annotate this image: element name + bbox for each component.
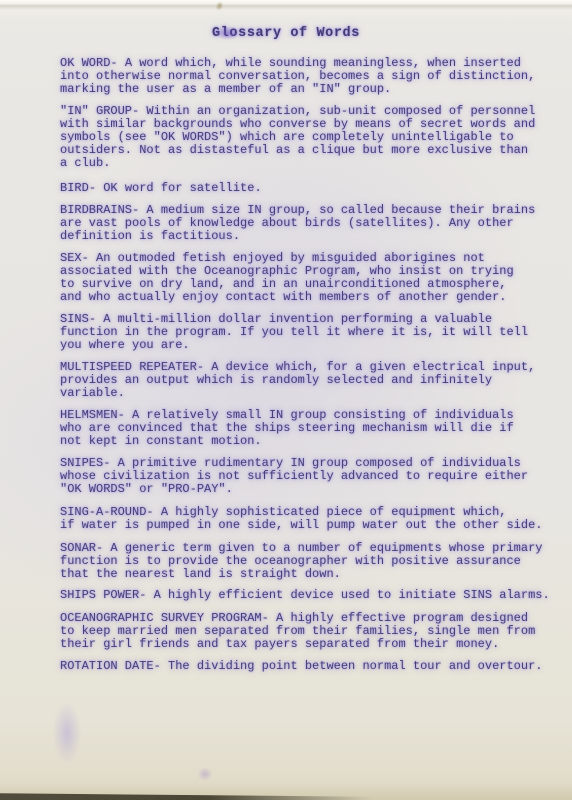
entry-definition: - An outmoded fetish enjoyed by misguide… [60,251,514,304]
glossary-entry-sing-a-round: SING-A-ROUND- A highly sophisticated pie… [60,506,542,532]
ink-smudge-dot [196,766,214,782]
entry-term: BIRDBRAINS [60,203,132,217]
ink-smudge-left [50,696,84,770]
entry-definition: - A highly efficient device used to init… [139,588,549,602]
entry-term: ROTATION DATE [60,659,154,673]
entry-term: SINS [60,312,89,326]
glossary-entry-multispeed-repeater: MULTISPEED REPEATER- A device which, for… [60,361,535,400]
glossary-entry-oceanographic-survey-program: OCEANOGRAPHIC SURVEY PROGRAM- A highly e… [60,612,535,651]
entry-term: OCEANOGRAPHIC SURVEY PROGRAM [60,611,262,625]
entry-definition: - A primitive rudimentary IN group compo… [60,456,528,496]
entry-definition: - A medium size IN group, so called beca… [60,203,535,243]
glossary-entry-rotation-date: ROTATION DATE- The dividing point betwee… [60,660,543,673]
glossary-entry-sex: SEX- An outmoded fetish enjoyed by misgu… [60,252,514,304]
glossary-entry-helmsmen: HELMSMEN- A relatively small IN group co… [60,409,514,448]
title-ink-smudge [211,24,243,42]
entry-definition: - OK word for satellite. [89,181,262,195]
entry-term: SHIPS POWER [60,588,139,602]
entry-definition: - A multi-million dollar invention perfo… [60,312,528,352]
entry-definition: - The dividing point between normal tour… [154,659,543,673]
glossary-entry-birdbrains: BIRDBRAINS- A medium size IN group, so c… [60,204,535,243]
entry-definition: - A word which, while sounding meaningle… [60,56,535,96]
entry-definition: - A generic term given to a number of eq… [60,541,543,581]
document-title: Glossary of Words [0,26,572,41]
entry-term: SONAR [60,541,96,555]
entry-term: SNIPES [60,456,103,470]
glossary-entry-sonar: SONAR- A generic term given to a number … [60,542,543,581]
entry-term: BIRD [60,181,89,195]
entry-term: SEX [60,251,82,265]
paper-crease [0,0,572,10]
glossary-entry-snipes: SNIPES- A primitive rudimentary IN group… [60,457,528,496]
glossary-entry-bird: BIRD- OK word for satellite. [60,182,262,195]
entry-definition: - A relatively small IN group consisting… [60,408,514,448]
entry-term: "IN" GROUP [60,104,132,118]
entry-term: SING-A-ROUND [60,505,146,519]
entry-term: MULTISPEED REPEATER [60,360,197,374]
entry-definition: - Within an organization, sub-unit compo… [60,104,535,170]
glossary-entry-ok-word: OK WORD- A word which, while sounding me… [60,57,535,96]
scanned-document-page: Glossary of Words OK WORD- A word which,… [0,0,572,800]
entry-term: OK WORD [60,56,110,70]
glossary-entry-ships-power: SHIPS POWER- A highly efficient device u… [60,589,550,602]
entry-term: HELMSMEN [60,408,118,422]
glossary-entry-sins: SINS- A multi-million dollar invention p… [60,313,528,352]
glossary-entry-in-group: "IN" GROUP- Within an organization, sub-… [60,105,535,170]
